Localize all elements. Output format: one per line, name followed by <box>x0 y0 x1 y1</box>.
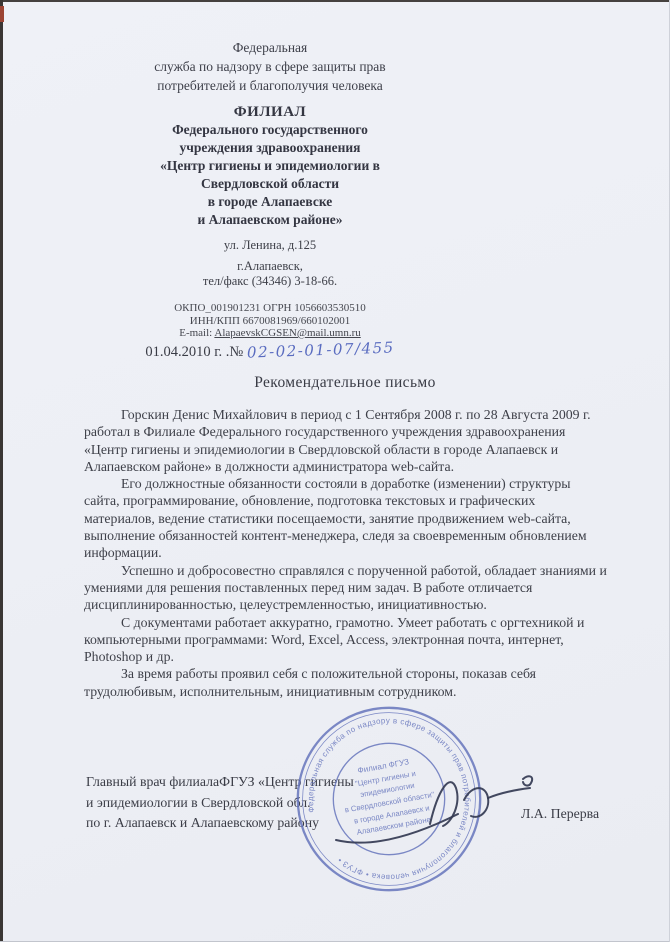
date-label: 01.04.2010 г. .№ <box>145 344 247 360</box>
registration-codes: ОКПО_001901231 ОГРН 1056603530510 ИНН/КП… <box>40 302 500 340</box>
inn-kpp: ИНН/КПП 6670081969/660102001 <box>40 315 500 328</box>
branch-line: Свердловской области <box>40 175 500 193</box>
city: г.Алапаевск, <box>40 259 500 274</box>
letter-body: Горскин Денис Михайлович в период с 1 Се… <box>84 406 608 700</box>
branch-line: Федерального государственного <box>40 121 500 139</box>
letterhead: Федеральная служба по надзору в сфере за… <box>40 38 500 361</box>
paragraph: Успешно и добросовестно справлялся с пор… <box>84 562 608 614</box>
agency-line: потребителей и благополучия человека <box>40 76 500 95</box>
scan-edge-red-mark <box>0 6 4 22</box>
scan-edge-top <box>0 0 670 2</box>
email-address: AlapaevskCGSEN@mail.umn.ru <box>214 327 360 339</box>
city-phone-block: г.Алапаевск, тел/факс (34346) 3-18-66. <box>40 259 500 289</box>
branch-line: в городе Алапаевске <box>40 193 500 211</box>
paragraph: С документами работает аккуратно, грамот… <box>84 614 608 666</box>
branch-line: и Алапаевском районе» <box>40 211 500 229</box>
street-address: ул. Ленина, д.125 <box>40 238 500 253</box>
signatory-name: Л.А. Перерва <box>521 806 599 822</box>
paragraph: За время работы проявил себя с положител… <box>84 665 608 700</box>
phone-fax: тел/факс (34346) 3-18-66. <box>40 274 500 289</box>
paragraph: Горскин Денис Михайлович в период с 1 Се… <box>84 406 608 475</box>
email-label: E-mail: <box>179 327 214 339</box>
letter-title: Рекомендательное письмо <box>80 374 610 392</box>
agency-line: Федеральная <box>40 38 500 57</box>
email-line: E-mail: AlapaevskCGSEN@mail.umn.ru <box>40 327 500 340</box>
agency-line: служба по надзору в сфере защиты прав <box>40 57 500 76</box>
paragraph: Его должностные обязанности состояли в д… <box>84 475 608 561</box>
scan-edge-left <box>0 0 3 942</box>
scanned-letter-page: Федеральная служба по надзору в сфере за… <box>0 0 670 942</box>
signature-ink <box>318 752 553 852</box>
agency-name: Федеральная служба по надзору в сфере за… <box>40 38 500 95</box>
okpo-ogrn: ОКПО_001901231 ОГРН 1056603530510 <box>40 302 500 315</box>
handwritten-ref-number: 02-02-01-07/455 <box>247 338 395 361</box>
date-ref-line: 01.04.2010 г. .№ 02-02-01-07/455 <box>40 342 500 361</box>
branch-line: «Центр гигиены и эпидемиологии в <box>40 157 500 175</box>
branch-line: учреждения здравоохранения <box>40 139 500 157</box>
branch-heading: ФИЛИАЛ <box>40 104 500 121</box>
branch-name: Федерального государственного учреждения… <box>40 121 500 229</box>
